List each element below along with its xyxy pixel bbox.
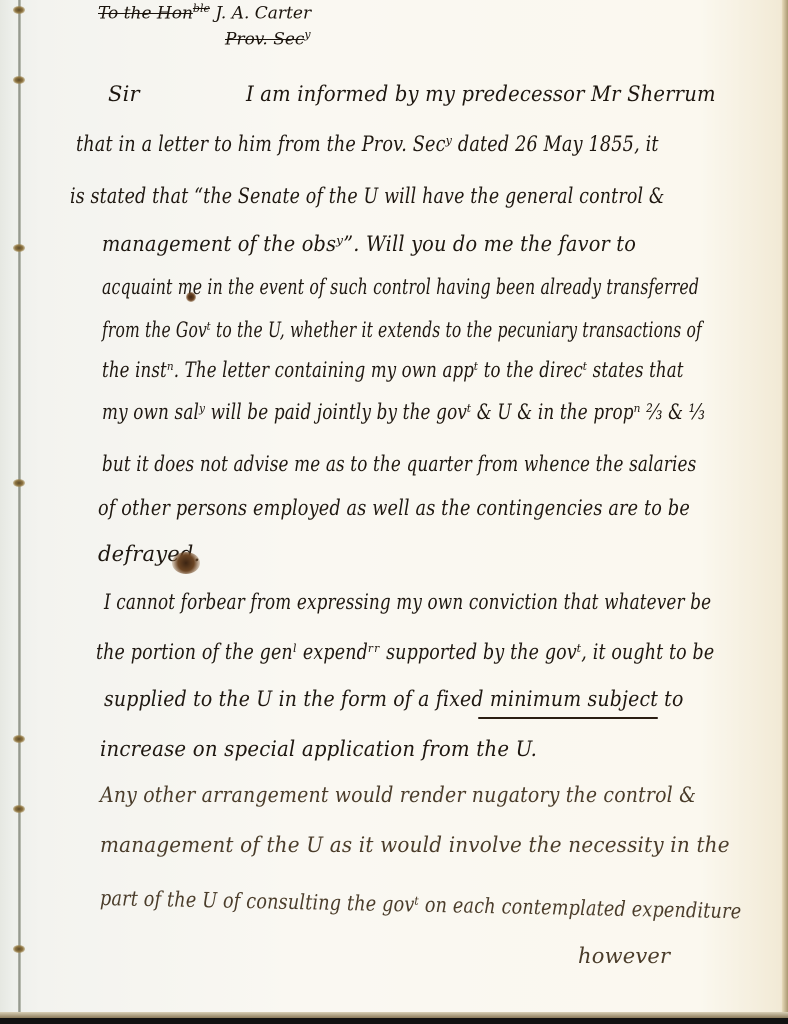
letter-line: management of the U as it would involve … [100, 833, 730, 857]
letter-line: but it does not advise me as to the quar… [102, 452, 696, 476]
binding-stitch [13, 244, 25, 252]
binding-stitch [13, 76, 25, 84]
letter-line: my own salʸ will be paid jointly by the … [102, 400, 705, 424]
letter-line: I cannot forbear from expressing my own … [104, 590, 711, 614]
binding-line [18, 0, 21, 1018]
salutation: Sir [108, 82, 140, 106]
letter-line: management of the obsʸ”. Will you do me … [102, 232, 636, 256]
letter-line: Any other arrangement would render nugat… [100, 783, 696, 807]
addressee-name: J. A. Carter [215, 4, 311, 24]
letter-line: that in a letter to him from the Prov. S… [76, 132, 659, 156]
underline-fixed-minimum [478, 717, 658, 719]
binding-stitch [13, 805, 25, 813]
letter-line: I am informed by my predecessor Mr Sherr… [246, 82, 716, 106]
letter-line: of other persons employed as well as the… [98, 496, 690, 520]
letter-line: from the Govᵗ to the U, whether it exten… [102, 318, 702, 342]
letter-line: the instⁿ. The letter containing my own … [102, 358, 684, 382]
letter-line: increase on special application from the… [100, 737, 537, 761]
letter-line: the portion of the genˡ expendʳʳ support… [96, 640, 714, 664]
manuscript-page: To the Honble J. A. Carter Prov. Secy Si… [0, 0, 788, 1018]
page-edge [0, 1012, 788, 1018]
letter-line: supplied to the U in the form of a fixed… [104, 687, 684, 711]
struck-title: To the Hon [98, 4, 193, 24]
struck-office: Prov. Sec [225, 30, 304, 50]
addressee-line-2: Prov. Secy [225, 28, 311, 50]
letter-line: part of the U of consulting the govᵗ on … [100, 886, 742, 923]
letter-line: is stated that “the Senate of the U will… [70, 184, 665, 208]
catchword: however [578, 944, 670, 968]
ink-blot [186, 292, 196, 302]
addressee-line-1: To the Honble J. A. Carter [98, 2, 311, 24]
binding-stitch [13, 735, 25, 743]
ink-blot [172, 552, 200, 574]
page-edge [782, 0, 788, 1018]
binding-stitch [13, 945, 25, 953]
binding-stitch [13, 479, 25, 487]
binding-stitch [13, 6, 25, 14]
